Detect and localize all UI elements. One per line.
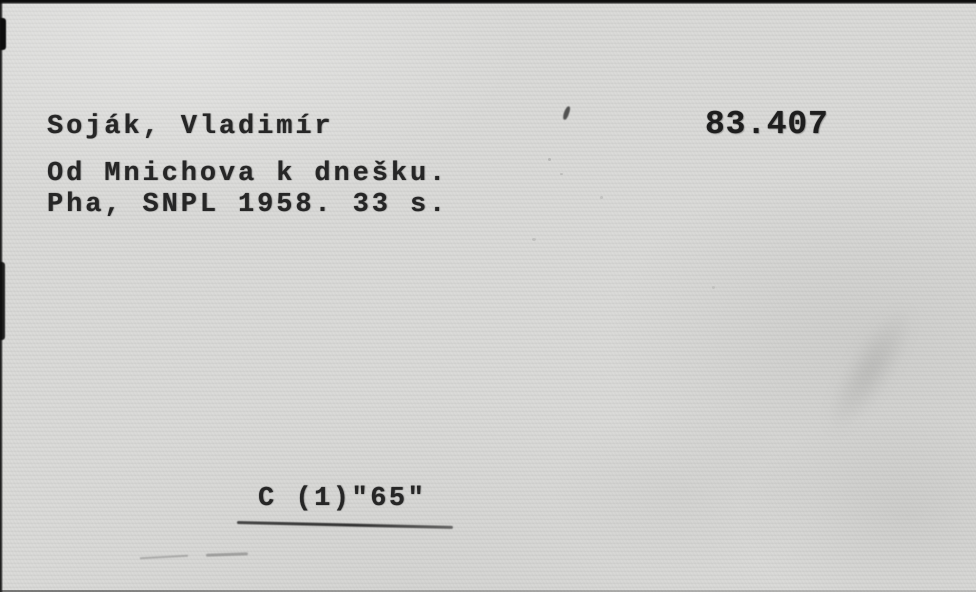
imprint-line: Pha, SNPL 1958. 33 s. <box>47 192 448 219</box>
pencil-smear <box>140 555 188 560</box>
library-catalog-card: Soják, Vladimír 83.407 Od Mnichova k dne… <box>0 0 976 592</box>
ink-speck <box>562 106 571 121</box>
scan-edge-notch-lower <box>0 262 5 340</box>
paper-speck <box>548 158 551 161</box>
call-number: C (1)"65" <box>258 486 426 513</box>
paper-speck <box>712 286 715 289</box>
title-line: Od Mnichova k dnešku. <box>47 161 448 188</box>
author-line: Soják, Vladimír <box>47 114 334 141</box>
accession-number: 83.407 <box>705 108 829 142</box>
call-number-underline <box>237 521 453 529</box>
paper-speck <box>532 238 536 241</box>
paper-speck <box>560 173 563 175</box>
pencil-smear <box>206 552 248 556</box>
scan-edge-notch-upper <box>0 18 6 50</box>
scan-edge-top <box>0 0 976 4</box>
paper-crease <box>792 269 949 470</box>
paper-speck <box>600 196 603 199</box>
